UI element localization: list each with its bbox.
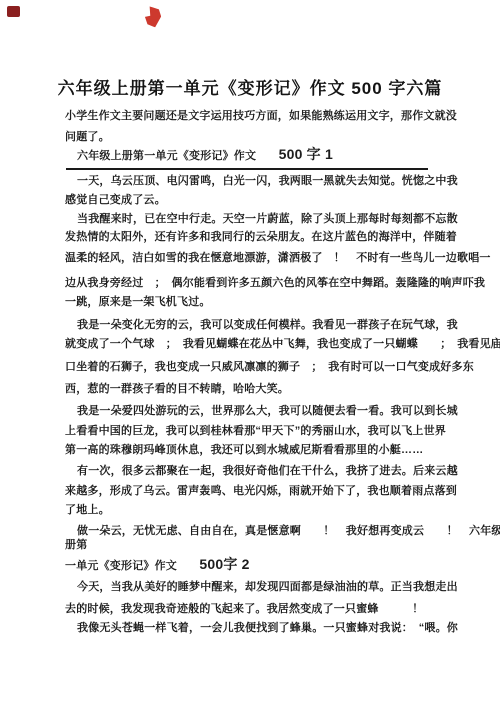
text-line: 我像无头苍蝇一样飞着，一会儿我便找到了蜂巢。一只蜜蜂对我说： “喂。你 <box>77 619 458 635</box>
essay-number-label: 500 字 1 <box>279 146 333 162</box>
text-segment: 上看看中国的巨龙，我可以到桂林看那“甲天下”的秀丽山水，我可以飞上世界 <box>65 425 446 437</box>
corner-logo-mark <box>7 6 20 17</box>
text-segment: 六年级上册第一单元《变形记》作文 <box>77 150 279 162</box>
text-line: 温柔的轻风，洁白如雪的我在惬意地漂游，潇洒极了 ！ 不时有一些鸟儿一边歌唱一 <box>65 249 491 265</box>
section-divider-line <box>66 168 428 170</box>
text-line: 去的时候，我发现我奇迹般的飞起来了。我居然变成了一只蜜蜂 ！ <box>65 600 423 616</box>
text-segment: 感觉自己变成了云。 <box>65 194 166 206</box>
text-line: 口坐着的石狮子，我也变成一只威风凛凛的狮子 ； 我有时可以一口气变成好多东 <box>65 358 474 374</box>
text-line: 一单元《变形记》作文 500字 2 <box>65 557 250 573</box>
text-segment: 口坐着的石狮子，我也变成一只威风凛凛的狮子 ； 我有时可以一口气变成好多东 <box>65 361 474 373</box>
text-line: 册第 <box>65 536 87 552</box>
document-page: 六年级上册第一单元《变形记》作文 500 字六篇 小学生作文主要问题还是文字运用… <box>0 0 500 708</box>
text-line: 一跳，原来是一架飞机飞过。 <box>65 293 211 309</box>
text-segment: 发热情的太阳外，还有许多和我同行的云朵朋友。在这片蓝色的海洋中，伴随着 <box>65 231 457 243</box>
text-segment: 边从我身旁经过 ； 偶尔能看到许多五颜六色的风筝在空中舞蹈。轰隆隆的响声吓我 <box>65 277 485 289</box>
text-segment: 一天，乌云压顶、电闪雷鸣，白光一闪，我两眼一黑就失去知觉。恍惚之中我 <box>77 175 458 187</box>
text-line: 边从我身旁经过 ； 偶尔能看到许多五颜六色的风筝在空中舞蹈。轰隆隆的响声吓我 <box>65 274 485 290</box>
text-segment: 我像无头苍蝇一样飞着，一会儿我便找到了蜂巢。一只蜜蜂对我说： “喂。你 <box>77 622 458 634</box>
text-segment: 温柔的轻风，洁白如雪的我在惬意地漂游，潇洒极了 ！ 不时有一些鸟儿一边歌唱一 <box>65 252 491 264</box>
text-line: 今天，当我从美好的睡梦中醒来，却发现四面都是绿油油的草。正当我想走出 <box>77 578 458 594</box>
text-segment: 来越多，形成了乌云。雷声轰鸣、电光闪烁，雨就开始下了，我也顺着雨点落到 <box>65 485 457 497</box>
document-title: 六年级上册第一单元《变形记》作文 500 字六篇 <box>0 74 500 99</box>
red-stamp-icon <box>144 6 163 28</box>
essay-number-label: 500字 2 <box>199 556 249 572</box>
text-line: 了地上。 <box>65 501 110 517</box>
text-line: 发热情的太阳外，还有许多和我同行的云朵朋友。在这片蓝色的海洋中，伴随着 <box>65 228 457 244</box>
text-segment: 当我醒来时，已在空中行走。天空一片蔚蓝，除了头顶上那每时每刻都不忘散 <box>77 213 458 225</box>
text-line: 上看看中国的巨龙，我可以到桂林看那“甲天下”的秀丽山水，我可以飞上世界 <box>65 422 446 438</box>
text-line: 西，惹的一群孩子看的目不转睛，哈哈大笑。 <box>65 380 289 396</box>
text-segment: 今天，当我从美好的睡梦中醒来，却发现四面都是绿油油的草。正当我想走出 <box>77 581 458 593</box>
text-line: 小学生作文主要问题还是文字运用技巧方面，如果能熟练运用文字，那作文就没 <box>65 107 457 123</box>
text-segment: 小学生作文主要问题还是文字运用技巧方面，如果能熟练运用文字，那作文就没 <box>65 110 457 122</box>
text-segment: 去的时候，我发现我奇迹般的飞起来了。我居然变成了一只蜜蜂 ！ <box>65 603 423 615</box>
text-line: 问题了。 <box>65 128 110 144</box>
text-segment: 了地上。 <box>65 504 110 516</box>
text-line: 做一朵云，无忧无虑、自由自在，真是惬意啊 ！ 我好想再变成云 ！ 六年级上 <box>77 522 500 538</box>
text-line: 有一次，很多云都聚在一起，我很好奇他们在干什么，我挤了进去。后来云越 <box>77 462 458 478</box>
text-line: 我是一朵变化无穷的云，我可以变成任何模样。我看见一群孩子在玩气球，我 <box>77 316 458 332</box>
text-line: 一天，乌云压顶、电闪雷鸣，白光一闪，我两眼一黑就失去知觉。恍惚之中我 <box>77 172 458 188</box>
text-line: 当我醒来时，已在空中行走。天空一片蔚蓝，除了头顶上那每时每刻都不忘散 <box>77 210 458 226</box>
text-line: 六年级上册第一单元《变形记》作文 500 字 1 <box>77 147 333 163</box>
text-line: 就变成了一个气球 ； 我看见蝴蝶在花丛中飞舞，我也变成了一只蝴蝶 ； 我看见庙门 <box>65 335 500 351</box>
text-line: 感觉自己变成了云。 <box>65 191 166 207</box>
text-segment: 问题了。 <box>65 131 110 143</box>
text-segment: 第一高的珠穆朗玛峰顶休息，我还可以到水城威尼斯看看那里的小艇…… <box>65 444 423 456</box>
text-line: 第一高的珠穆朗玛峰顶休息，我还可以到水城威尼斯看看那里的小艇…… <box>65 441 423 457</box>
text-segment: 我是一朵变化无穷的云，我可以变成任何模样。我看见一群孩子在玩气球，我 <box>77 319 458 331</box>
text-segment: 做一朵云，无忧无虑、自由自在，真是惬意啊 ！ 我好想再变成云 ！ 六年级上 <box>77 525 500 537</box>
text-segment: 一跳，原来是一架飞机飞过。 <box>65 296 211 308</box>
text-segment: 一单元《变形记》作文 <box>65 560 199 572</box>
text-segment: 有一次，很多云都聚在一起，我很好奇他们在干什么，我挤了进去。后来云越 <box>77 465 458 477</box>
text-line: 我是一朵爱四处游玩的云，世界那么大，我可以随便去看一看。我可以到长城 <box>77 402 458 418</box>
text-segment: 册第 <box>65 539 87 551</box>
text-line: 来越多，形成了乌云。雷声轰鸣、电光闪烁，雨就开始下了，我也顺着雨点落到 <box>65 482 457 498</box>
text-segment: 西，惹的一群孩子看的目不转睛，哈哈大笑。 <box>65 383 289 395</box>
text-segment: 就变成了一个气球 ； 我看见蝴蝶在花丛中飞舞，我也变成了一只蝴蝶 ； 我看见庙门 <box>65 338 500 350</box>
text-segment: 我是一朵爱四处游玩的云，世界那么大，我可以随便去看一看。我可以到长城 <box>77 405 458 417</box>
